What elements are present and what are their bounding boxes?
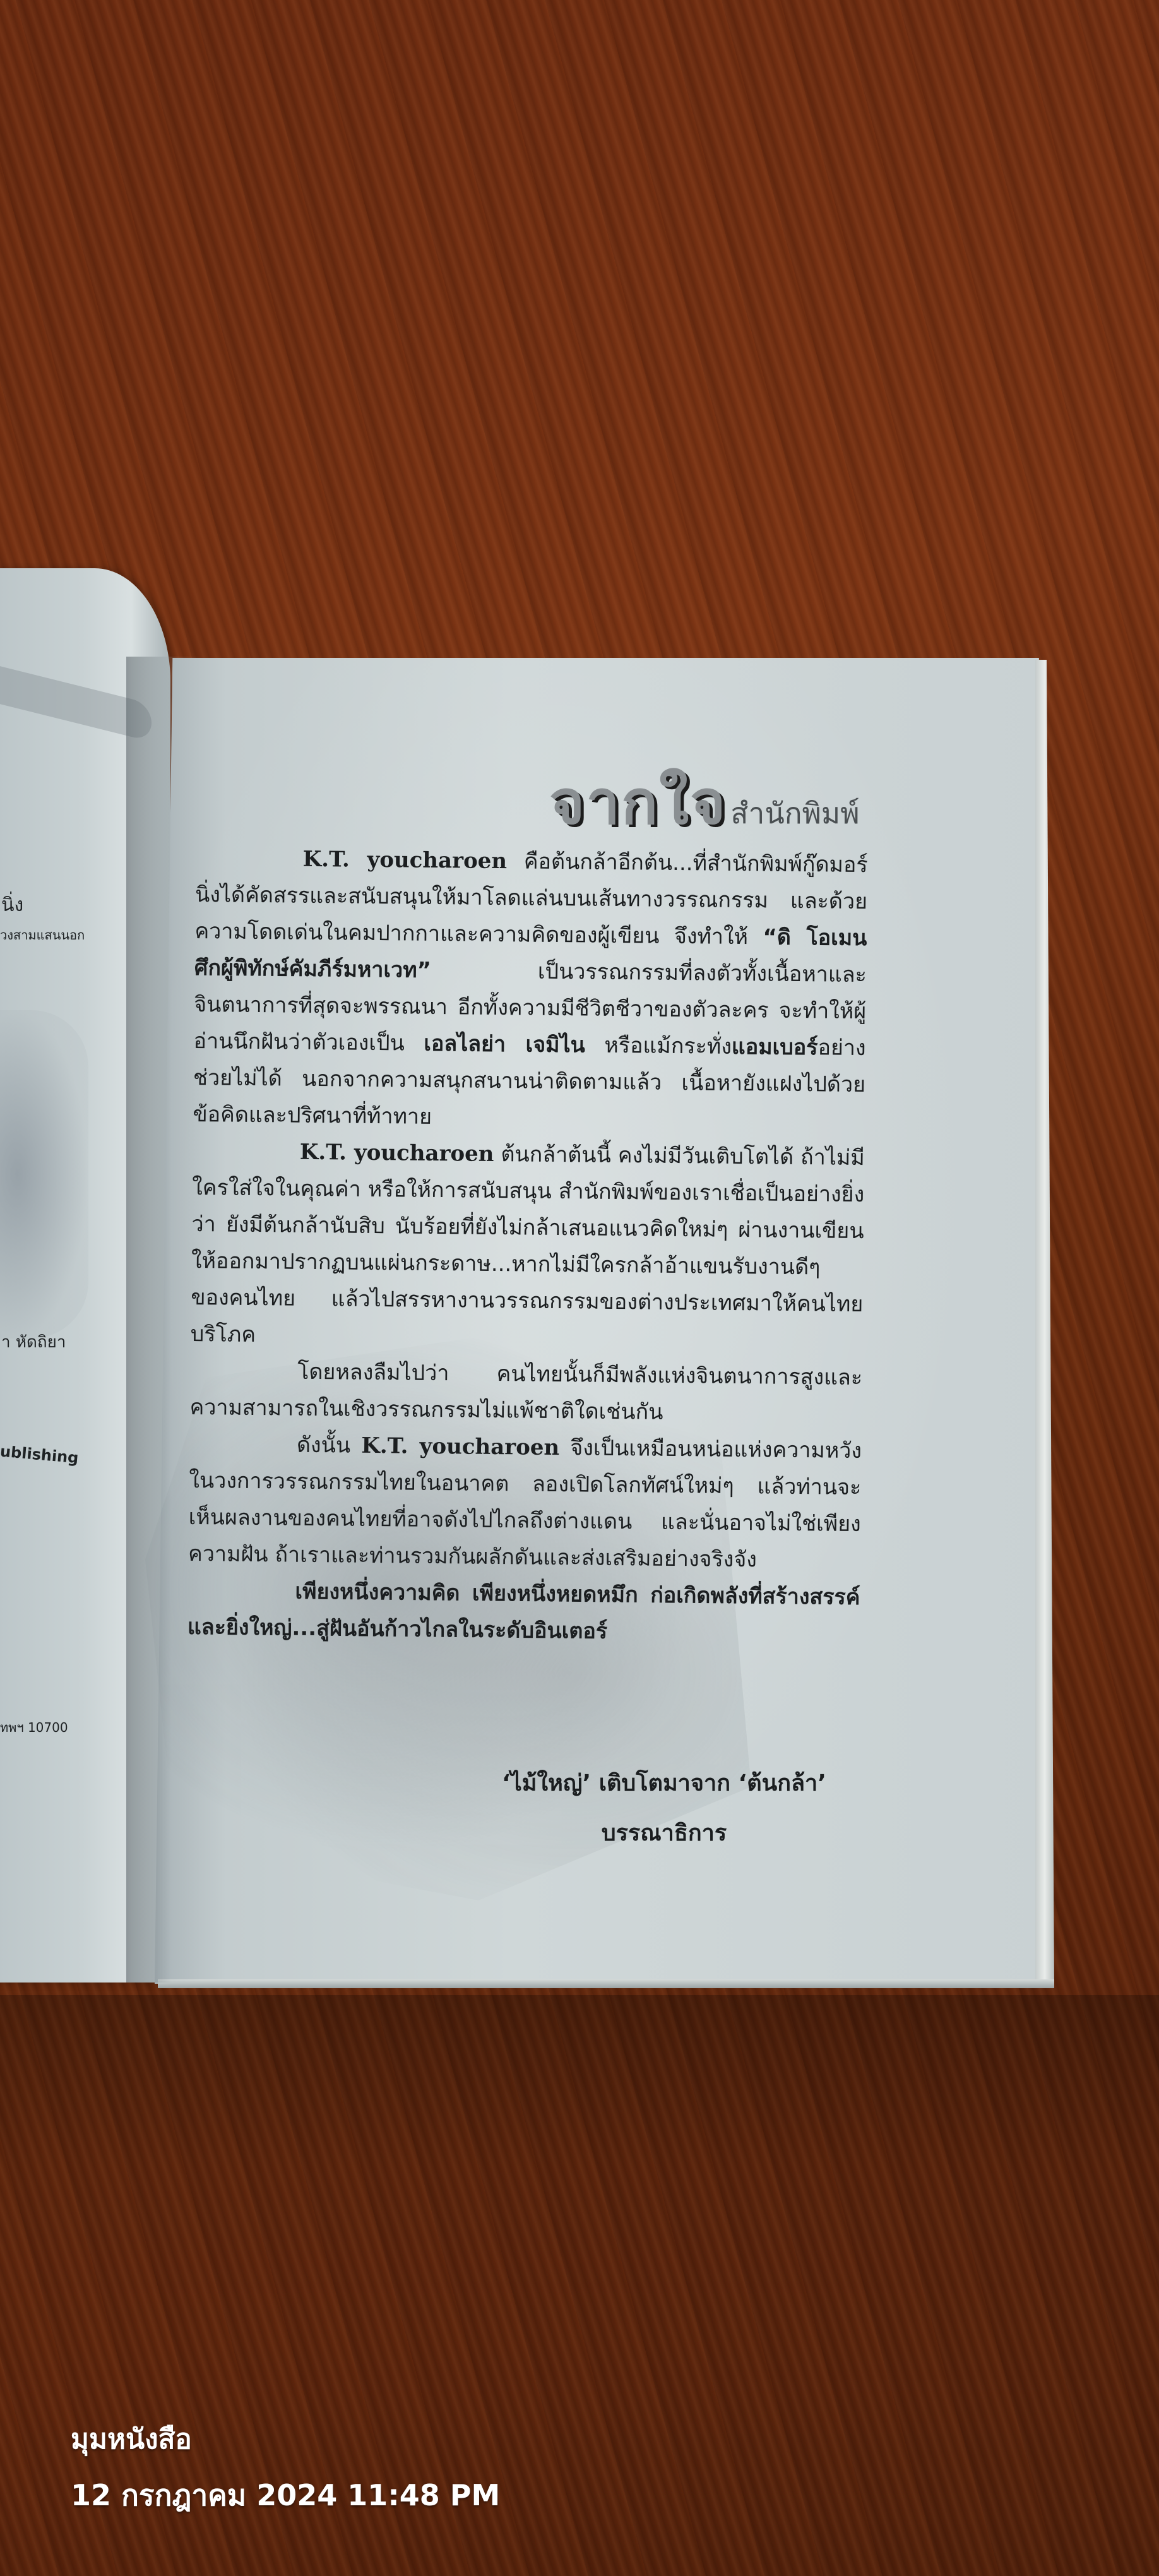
page-stack-edge	[1035, 660, 1054, 1986]
left-page-text-fragment: า หัดถิยา	[1, 1329, 66, 1355]
signature-quote: ‘ไม้ใหญ่’ เติบโตมาจาก ‘ต้นกล้า’	[502, 1770, 826, 1796]
signature-role: บรรณาธิการ	[502, 1815, 826, 1851]
page-title: จากใจสำนักพิมพ์	[549, 754, 860, 850]
left-page-address-fragment: ทพฯ 10700	[0, 1717, 68, 1738]
author-name: K.T. youcharoen	[302, 847, 507, 874]
watermark-label: มุมหนังสือ	[71, 2417, 500, 2461]
paragraph-3: โดยหลงลืมไปว่า คนไทยนั้นก็มีพลังแห่งจินต…	[189, 1352, 862, 1433]
page-title-main: จากใจ	[549, 767, 727, 838]
author-name: K.T. youcharoen	[361, 1433, 559, 1460]
author-name: K.T. youcharoen	[300, 1140, 494, 1167]
editor-signature: ‘ไม้ใหญ่’ เติบโตมาจาก ‘ต้นกล้า’ บรรณาธิก…	[502, 1765, 826, 1851]
paragraph-4: ดังนั้น K.T. youcharoen จึงเป็นเหมือนหน่…	[188, 1426, 862, 1579]
page-illustration-fragment	[0, 1010, 88, 1339]
character-name: แอมเบอร์	[732, 1034, 818, 1060]
character-name: เอลไลย่า เจมิไน	[424, 1031, 585, 1058]
left-page-text-fragment: วงสามแสนนอก	[0, 925, 85, 945]
paragraph-2: K.T. youcharoen ต้นกล้าต้นนี้ คงไม่มีวัน…	[190, 1133, 865, 1359]
watermark-timestamp: 12 กรกฎาคม 2024 11:48 PM	[71, 2472, 500, 2519]
paragraph-1: K.T. youcharoen คือต้นกล้าอีกต้น...ที่สำ…	[193, 840, 868, 1140]
page-title-sub: สำนักพิมพ์	[730, 796, 859, 830]
photo-watermark: มุมหนังสือ 12 กรกฎาคม 2024 11:48 PM	[71, 2417, 500, 2519]
page-bottom-edge	[158, 1979, 1054, 1988]
foreword-body: K.T. youcharoen คือต้นกล้าอีกต้น...ที่สำ…	[187, 840, 868, 1652]
left-page-text-fragment: นิ่ง	[1, 890, 23, 920]
left-page-publisher-fragment: ublishing	[0, 1443, 80, 1467]
closing-statement: เพียงหนึ่งความคิด เพียงหนึ่งหยดหมึก ก่อเ…	[187, 1572, 860, 1652]
